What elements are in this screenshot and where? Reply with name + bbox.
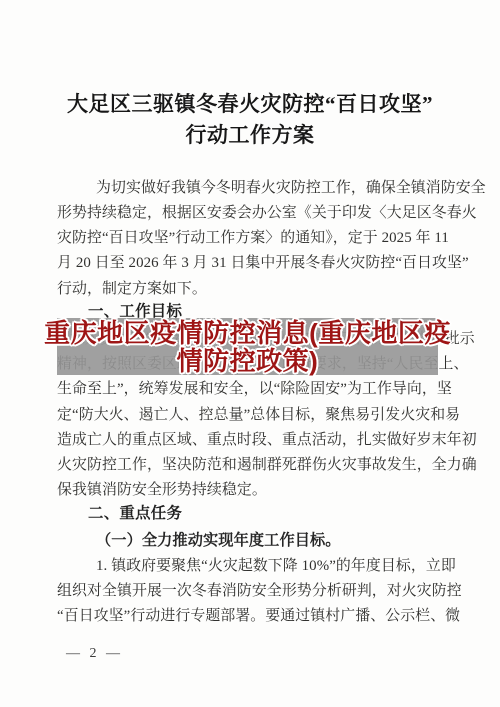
watermark-overlay: 重庆地区疫情防控消息(重庆地区疫 情防控政策) — [57, 318, 438, 375]
document-title-line1: 大足区三驱镇冬春火灾防控“百日攻坚” — [0, 88, 500, 118]
document-line: 火灾防控工作，坚决防范和遏制群死群伤火灾事故发生，全力确 — [57, 457, 477, 473]
document-line: 为切实做好我镇今冬明春火灾防控工作，确保全镇消防安全 — [96, 180, 486, 196]
document-line: 组织对全镇开展一次冬春消防安全形势分析研判，对火灾防控 — [57, 583, 462, 599]
document-line: 行动，制定方案如下。 — [57, 281, 207, 297]
page-number: — 2 — — [66, 646, 123, 662]
document-line: 生命至上”，统筹发展和安全，以“除险固安”为工作导向，坚 — [57, 381, 452, 397]
document-line: 保我镇消防安全形势持续稳定。 — [57, 482, 267, 498]
document-line: 1. 镇政府要聚焦“火灾起数下降 10%”的年度目标，立即 — [96, 558, 456, 574]
document-line: 灾防控“百日攻坚”行动工作方案〉的通知》，定于 2025 年 11 — [57, 230, 449, 246]
document-line: 定“防大火、遏亡人、控总量”总体目标，聚焦易引发火灾和易 — [57, 407, 460, 423]
document-line: （一）全力推动实现年度工作目标。 — [96, 533, 341, 549]
document-line: 月 20 日至 2026 年 3 月 31 日集中开展冬春火灾防控“百日攻坚” — [57, 255, 469, 271]
watermark-text-line1: 重庆地区疫情防控消息(重庆地区疫 — [44, 319, 451, 347]
document-line: 形势持续稳定，根据区安委会办公室《关于印发〈大足区冬春火 — [57, 205, 477, 221]
document-title-line2: 行动工作方案 — [0, 119, 500, 149]
watermark-text-line2: 情防控政策) — [177, 347, 319, 375]
document-line: “百日攻坚”行动进行专题部署。要通过镇村广播、公示栏、微 — [57, 608, 460, 624]
document-page: 大足区三驱镇冬春火灾防控“百日攻坚” 行动工作方案 为切实做好我镇今冬明春火灾防… — [0, 0, 500, 707]
document-line: 二、重点任务 — [88, 506, 182, 522]
document-line: 造成亡人的重点区域、重点时段、重点活动，扎实做好岁末年初 — [57, 432, 477, 448]
